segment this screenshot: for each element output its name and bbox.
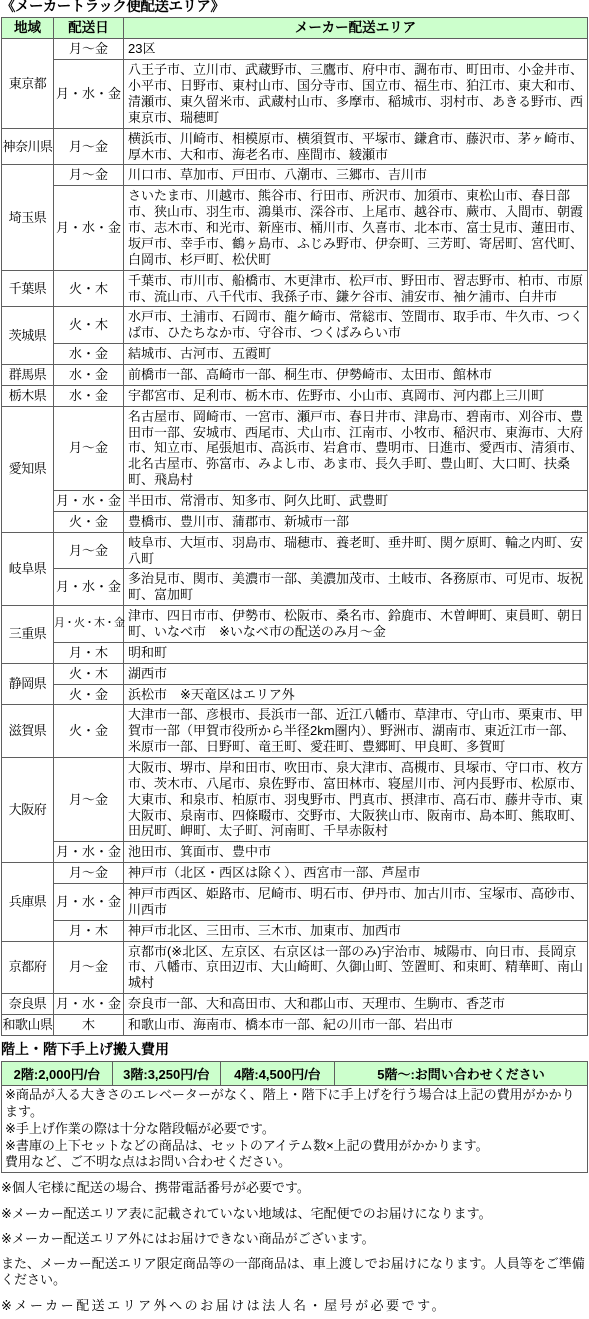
footer-note: また、メーカー配送エリア限定商品等の一部商品は、車上渡しでお届けになります。人員… bbox=[1, 1252, 589, 1294]
delivery-day-cell: 月・水・金 bbox=[54, 884, 124, 921]
table-row: 岐阜県月～金岐阜市、大垣市、羽島市、瑞穂市、養老町、垂井町、関ケ原町、輪之内町、… bbox=[2, 532, 588, 569]
footer-note: ※メーカー配送エリア外へのお届けは法人名・屋号が必要です。 bbox=[1, 1294, 589, 1319]
delivery-area-cell: 千葉市、市川市、船橋市、木更津市、松戸市、野田市、習志野市、柏市、市原市、流山市… bbox=[124, 270, 588, 307]
delivery-area-cell: 横浜市、川崎市、相模原市、横須賀市、平塚市、鎌倉市、藤沢市、茅ヶ崎市、厚木市、大… bbox=[124, 128, 588, 165]
delivery-area-cell: 池田市、箕面市、豊中市 bbox=[124, 842, 588, 863]
boxed-notes: ※商品が入る大きさのエレベーターがなく、階上・階下に手上げを行う場合は上記の費用… bbox=[1, 1085, 588, 1173]
table-row: 千葉県火・木千葉市、市川市、船橋市、木更津市、松戸市、野田市、習志野市、柏市、市… bbox=[2, 270, 588, 307]
delivery-area-table: 地域 配送日 メーカー配送エリア 東京都月～金23区月・水・金八王子市、立川市、… bbox=[1, 17, 588, 1036]
region-cell: 大阪府 bbox=[2, 757, 54, 862]
footer-note: ※メーカー配送エリア表に記載されていない地域は、宅配便でのお届けになります。 bbox=[1, 1202, 589, 1227]
delivery-day-cell: 月・火・木・金 bbox=[54, 606, 124, 643]
table-row: 月・木神戸市北区、三田市、三木市、加東市、加西市 bbox=[2, 920, 588, 941]
delivery-area-cell: 明和町 bbox=[124, 642, 588, 663]
region-cell: 静岡県 bbox=[2, 663, 54, 705]
header-day: 配送日 bbox=[54, 18, 124, 39]
delivery-day-cell: 月・水・金 bbox=[54, 994, 124, 1015]
region-cell: 栃木県 bbox=[2, 385, 54, 406]
region-cell: 岐阜県 bbox=[2, 532, 54, 605]
table-row: 月・木明和町 bbox=[2, 642, 588, 663]
delivery-day-cell: 月・水・金 bbox=[54, 186, 124, 270]
delivery-area-cell: 水戸市、土浦市、石岡市、龍ケ崎市、常総市、笠間市、取手市、牛久市、つくば市、ひた… bbox=[124, 307, 588, 344]
table-row: 栃木県水・金宇都宮市、足利市、栃木市、佐野市、小山市、真岡市、河内郡上三川町 bbox=[2, 385, 588, 406]
delivery-day-cell: 月・水・金 bbox=[54, 490, 124, 511]
region-cell: 兵庫県 bbox=[2, 863, 54, 941]
fee-tier: 2階:2,000円/台 bbox=[2, 1061, 113, 1085]
page-title: 《メーカートラック便配送エリア》 bbox=[0, 0, 589, 17]
footer-notes: ※個人宅様に配送の場合、携帯電話番号が必要です。 ※メーカー配送エリア表に記載さ… bbox=[0, 1173, 589, 1319]
table-row: 東京都月～金23区 bbox=[2, 39, 588, 60]
delivery-day-cell: 火・木 bbox=[54, 270, 124, 307]
fee-row: 2階:2,000円/台 3階:3,250円/台 4階:4,500円/台 5階～:… bbox=[2, 1061, 588, 1085]
delivery-day-cell: 水・金 bbox=[54, 385, 124, 406]
delivery-day-cell: 火・金 bbox=[54, 684, 124, 705]
delivery-day-cell: 火・木 bbox=[54, 663, 124, 684]
region-cell: 和歌山県 bbox=[2, 1015, 54, 1036]
region-cell: 群馬県 bbox=[2, 364, 54, 385]
delivery-area-cell: 前橋市一部、高崎市一部、桐生市、伊勢崎市、太田市、館林市 bbox=[124, 364, 588, 385]
table-row: 茨城県火・木水戸市、土浦市、石岡市、龍ケ崎市、常総市、笠間市、取手市、牛久市、つ… bbox=[2, 307, 588, 344]
table-row: 兵庫県月～金神戸市（北区・西区は除く）、西宮市一部、芦屋市 bbox=[2, 863, 588, 884]
delivery-area-cell: 大津市一部、彦根市、長浜市一部、近江八幡市、草津市、守山市、栗東市、甲賀市一部（… bbox=[124, 705, 588, 758]
delivery-area-cell: 京都市(※北区、左京区、右京区は一部のみ)宇治市、城陽市、向日市、長岡京市、八幡… bbox=[124, 941, 588, 994]
delivery-area-cell: 和歌山市、海南市、橋本市一部、紀の川市一部、岩出市 bbox=[124, 1015, 588, 1036]
table-row: 月・水・金八王子市、立川市、武蔵野市、三鷹市、府中市、調布市、町田市、小金井市、… bbox=[2, 60, 588, 128]
boxed-note: ※書庫の上下セットなどの商品は、セットのアイテム数×上記の費用がかかります。 bbox=[5, 1138, 584, 1155]
table-row: 月・水・金神戸市西区、姫路市、尼崎市、明石市、伊丹市、加古川市、宝塚市、高砂市、… bbox=[2, 884, 588, 921]
delivery-day-cell: 木 bbox=[54, 1015, 124, 1036]
table-row: 愛知県月～金名古屋市、岡崎市、一宮市、瀬戸市、春日井市、津島市、碧南市、刈谷市、… bbox=[2, 406, 588, 490]
delivery-day-cell: 月・木 bbox=[54, 920, 124, 941]
delivery-day-cell: 月～金 bbox=[54, 39, 124, 60]
delivery-area-cell: 多治見市、関市、美濃市一部、美濃加茂市、土岐市、各務原市、可児市、坂祝町、富加町 bbox=[124, 569, 588, 606]
delivery-area-cell: 豊橋市、豊川市、蒲郡市、新城市一部 bbox=[124, 511, 588, 532]
fee-tier: 4階:4,500円/台 bbox=[221, 1061, 335, 1085]
delivery-area-cell: 神戸市（北区・西区は除く）、西宮市一部、芦屋市 bbox=[124, 863, 588, 884]
table-row: 大阪府月～金大阪市、堺市、岸和田市、吹田市、泉大津市、高槻市、貝塚市、守口市、枚… bbox=[2, 757, 588, 841]
boxed-note: 費用など、ご不明な点はお問い合わせください。 bbox=[5, 1154, 584, 1171]
table-row: 京都府月～金京都市(※北区、左京区、右京区は一部のみ)宇治市、城陽市、向日市、長… bbox=[2, 941, 588, 994]
table-row: 滋賀県火・金大津市一部、彦根市、長浜市一部、近江八幡市、草津市、守山市、栗東市、… bbox=[2, 705, 588, 758]
delivery-area-cell: 宇都宮市、足利市、栃木市、佐野市、小山市、真岡市、河内郡上三川町 bbox=[124, 385, 588, 406]
footer-note: ※メーカー配送エリア外にはお届けできない商品がございます。 bbox=[1, 1227, 589, 1252]
delivery-area-cell: 大阪市、堺市、岸和田市、吹田市、泉大津市、高槻市、貝塚市、守口市、枚方市、茨木市… bbox=[124, 757, 588, 841]
delivery-day-cell: 水・金 bbox=[54, 364, 124, 385]
region-cell: 東京都 bbox=[2, 39, 54, 128]
delivery-day-cell: 月～金 bbox=[54, 165, 124, 186]
table-row: 月・水・金半田市、常滑市、知多市、阿久比町、武豊町 bbox=[2, 490, 588, 511]
delivery-area-cell: 神戸市西区、姫路市、尼崎市、明石市、伊丹市、加古川市、宝塚市、高砂市、川西市 bbox=[124, 884, 588, 921]
delivery-table-body: 東京都月～金23区月・水・金八王子市、立川市、武蔵野市、三鷹市、府中市、調布市、… bbox=[2, 39, 588, 1035]
delivery-day-cell: 月・木 bbox=[54, 642, 124, 663]
fee-section-heading: 階上・階下手上げ搬入費用 bbox=[0, 1036, 589, 1061]
delivery-day-cell: 月～金 bbox=[54, 757, 124, 841]
delivery-area-cell: 岐阜市、大垣市、羽島市、瑞穂市、養老町、垂井町、関ケ原町、輪之内町、安八町 bbox=[124, 532, 588, 569]
region-cell: 茨城県 bbox=[2, 307, 54, 365]
table-row: 月・水・金多治見市、関市、美濃市一部、美濃加茂市、土岐市、各務原市、可児市、坂祝… bbox=[2, 569, 588, 606]
table-row: 火・金豊橋市、豊川市、蒲郡市、新城市一部 bbox=[2, 511, 588, 532]
delivery-area-cell: 津市、四日市市、伊勢市、松阪市、桑名市、鈴鹿市、木曽岬町、東員町、朝日町、いなべ… bbox=[124, 606, 588, 643]
fee-tier: 5階～:お問い合わせください bbox=[335, 1061, 588, 1085]
table-row: 月・水・金池田市、箕面市、豊中市 bbox=[2, 842, 588, 863]
region-cell: 神奈川県 bbox=[2, 128, 54, 165]
delivery-area-cell: 湖西市 bbox=[124, 663, 588, 684]
region-cell: 愛知県 bbox=[2, 406, 54, 532]
delivery-day-cell: 月・水・金 bbox=[54, 60, 124, 128]
delivery-day-cell: 月・水・金 bbox=[54, 569, 124, 606]
table-row: 火・金浜松市 ※天竜区はエリア外 bbox=[2, 684, 588, 705]
delivery-day-cell: 月～金 bbox=[54, 128, 124, 165]
delivery-area-cell: 結城市、古河市、五霞町 bbox=[124, 344, 588, 365]
table-row: 三重県月・火・木・金津市、四日市市、伊勢市、松阪市、桑名市、鈴鹿市、木曽岬町、東… bbox=[2, 606, 588, 643]
header-region: 地域 bbox=[2, 18, 54, 39]
delivery-day-cell: 月～金 bbox=[54, 532, 124, 569]
boxed-note: ※商品が入る大きさのエレベーターがなく、階上・階下に手上げを行う場合は上記の費用… bbox=[5, 1087, 584, 1121]
delivery-area-cell: 名古屋市、岡崎市、一宮市、瀬戸市、春日井市、津島市、碧南市、刈谷市、豊田市一部、… bbox=[124, 406, 588, 490]
footer-note: ※個人宅様に配送の場合、携帯電話番号が必要です。 bbox=[1, 1176, 589, 1201]
delivery-day-cell: 火・木 bbox=[54, 307, 124, 344]
delivery-area-cell: 八王子市、立川市、武蔵野市、三鷹市、府中市、調布市、町田市、小金井市、小平市、日… bbox=[124, 60, 588, 128]
region-cell: 奈良県 bbox=[2, 994, 54, 1015]
delivery-day-cell: 水・金 bbox=[54, 344, 124, 365]
delivery-day-cell: 火・金 bbox=[54, 511, 124, 532]
boxed-note: ※手上げ作業の際は十分な階段幅が必要です。 bbox=[5, 1121, 584, 1138]
delivery-area-cell: 奈良市一部、大和高田市、大和郡山市、天理市、生駒市、香芝市 bbox=[124, 994, 588, 1015]
delivery-area-cell: 浜松市 ※天竜区はエリア外 bbox=[124, 684, 588, 705]
delivery-area-cell: 川口市、草加市、戸田市、八潮市、三郷市、吉川市 bbox=[124, 165, 588, 186]
table-header-row: 地域 配送日 メーカー配送エリア bbox=[2, 18, 588, 39]
delivery-day-cell: 火・金 bbox=[54, 705, 124, 758]
delivery-day-cell: 月～金 bbox=[54, 863, 124, 884]
table-row: 月・水・金さいたま市、川越市、熊谷市、行田市、所沢市、加須市、東松山市、春日部市… bbox=[2, 186, 588, 270]
delivery-area-cell: 神戸市北区、三田市、三木市、加東市、加西市 bbox=[124, 920, 588, 941]
delivery-day-cell: 月～金 bbox=[54, 941, 124, 994]
table-row: 奈良県月・水・金奈良市一部、大和高田市、大和郡山市、天理市、生駒市、香芝市 bbox=[2, 994, 588, 1015]
table-row: 和歌山県木和歌山市、海南市、橋本市一部、紀の川市一部、岩出市 bbox=[2, 1015, 588, 1036]
delivery-area-cell: 半田市、常滑市、知多市、阿久比町、武豊町 bbox=[124, 490, 588, 511]
region-cell: 三重県 bbox=[2, 606, 54, 664]
table-row: 埼玉県月～金川口市、草加市、戸田市、八潮市、三郷市、吉川市 bbox=[2, 165, 588, 186]
table-row: 群馬県水・金前橋市一部、高崎市一部、桐生市、伊勢崎市、太田市、館林市 bbox=[2, 364, 588, 385]
region-cell: 京都府 bbox=[2, 941, 54, 994]
region-cell: 千葉県 bbox=[2, 270, 54, 307]
table-row: 神奈川県月～金横浜市、川崎市、相模原市、横須賀市、平塚市、鎌倉市、藤沢市、茅ヶ崎… bbox=[2, 128, 588, 165]
region-cell: 滋賀県 bbox=[2, 705, 54, 758]
delivery-day-cell: 月・水・金 bbox=[54, 842, 124, 863]
region-cell: 埼玉県 bbox=[2, 165, 54, 270]
table-row: 水・金結城市、古河市、五霞町 bbox=[2, 344, 588, 365]
fee-table: 2階:2,000円/台 3階:3,250円/台 4階:4,500円/台 5階～:… bbox=[1, 1061, 588, 1086]
delivery-day-cell: 月～金 bbox=[54, 406, 124, 490]
table-row: 静岡県火・木湖西市 bbox=[2, 663, 588, 684]
fee-tier: 3階:3,250円/台 bbox=[113, 1061, 221, 1085]
header-area: メーカー配送エリア bbox=[124, 18, 588, 39]
delivery-area-cell: さいたま市、川越市、熊谷市、行田市、所沢市、加須市、東松山市、春日部市、狭山市、… bbox=[124, 186, 588, 270]
delivery-area-cell: 23区 bbox=[124, 39, 588, 60]
